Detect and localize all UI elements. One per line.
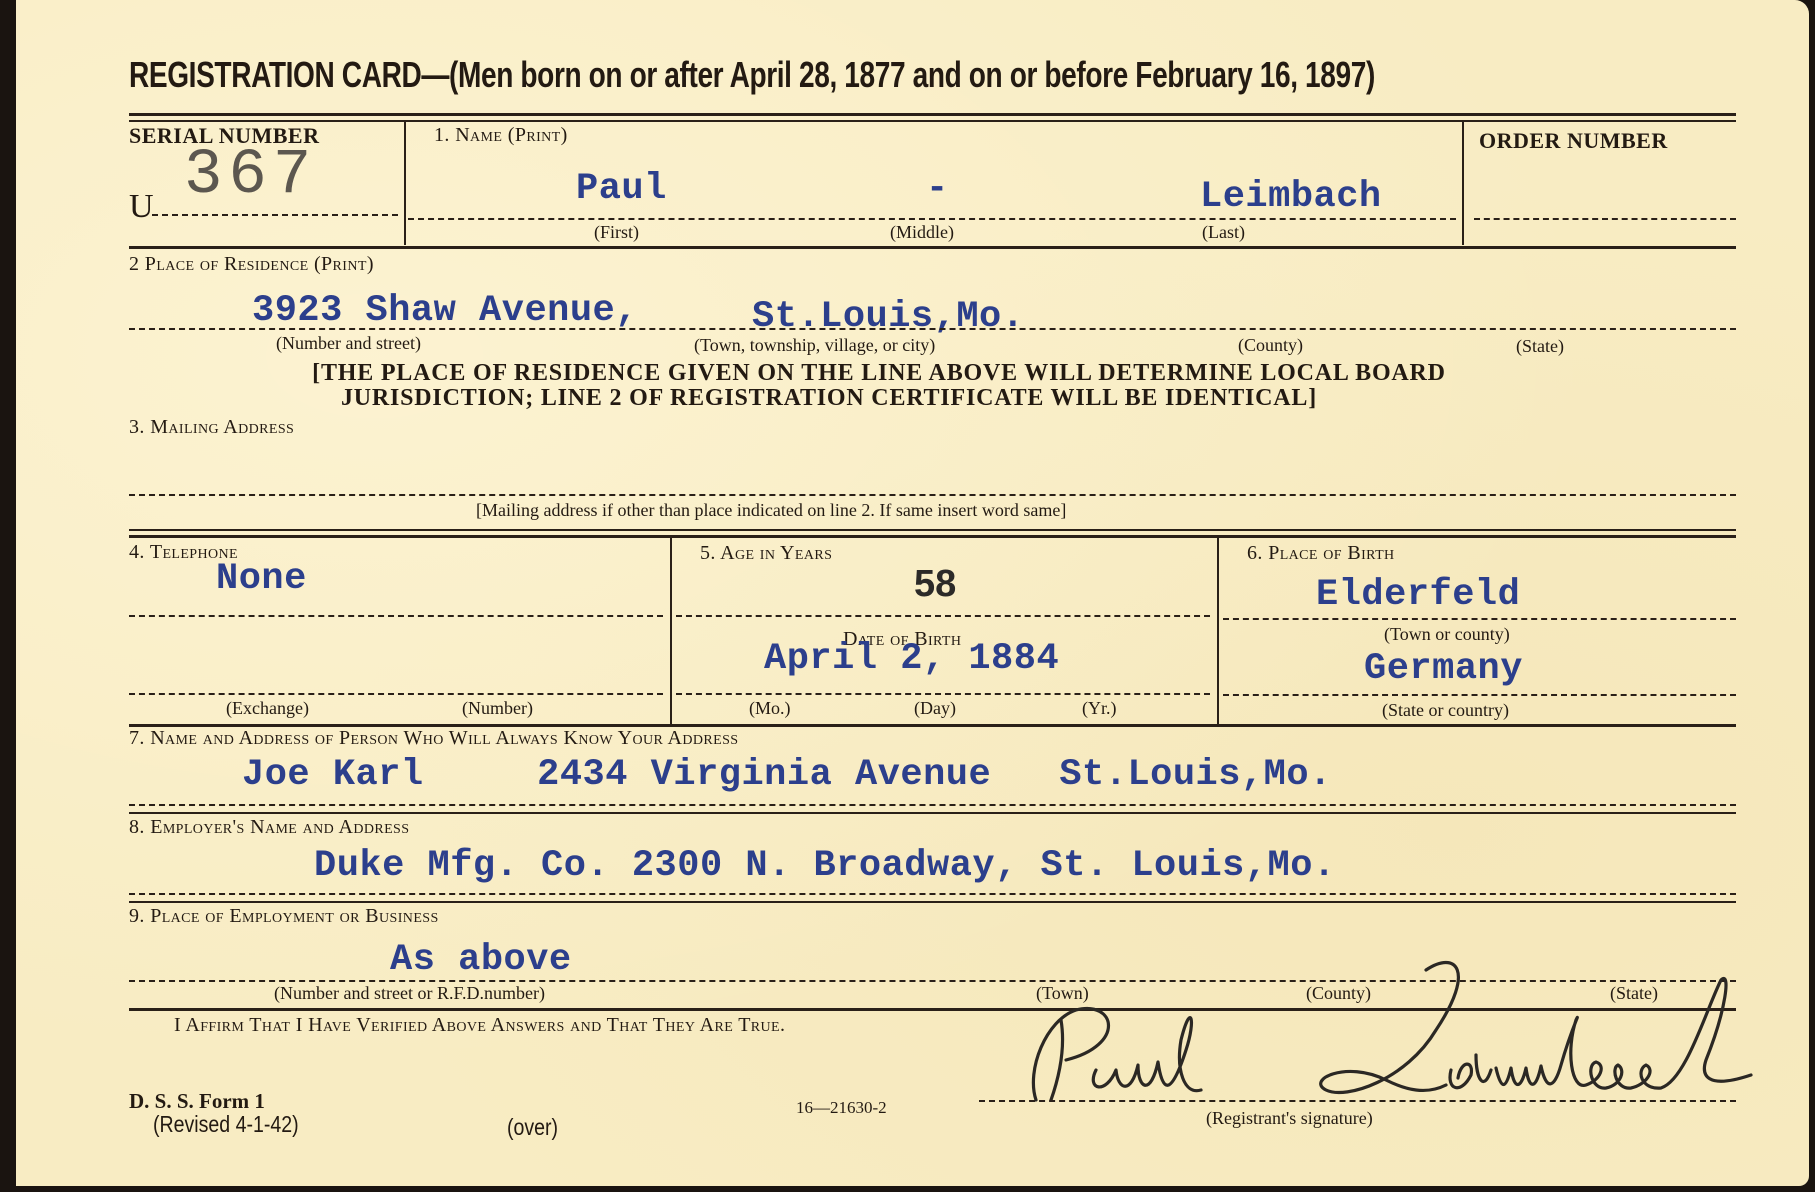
last-caption: (Last) — [1202, 222, 1245, 243]
order-label: ORDER NUMBER — [1479, 128, 1668, 154]
residence-notice-1: [THE PLACE OF RESIDENCE GIVEN ON THE LIN… — [129, 360, 1629, 387]
name-label: 1. Name (Print) — [434, 124, 568, 147]
serial-line — [152, 214, 398, 216]
employment-place-value: As above — [390, 939, 572, 981]
day-caption: (Day) — [914, 698, 956, 719]
birthplace-town-caption: (Town or county) — [1384, 624, 1510, 645]
residence-street: 3923 Shaw Avenue, — [252, 290, 638, 332]
age-label: 5. Age in Years — [700, 542, 832, 565]
dob-value: April 2, 1884 — [764, 638, 1059, 680]
county-caption: (County) — [1238, 335, 1303, 356]
signature-icon — [1006, 950, 1796, 1110]
birthplace-country: Germany — [1364, 648, 1523, 690]
signature-line — [979, 1100, 1736, 1102]
name-line — [408, 218, 1456, 220]
state-caption: (State) — [1516, 336, 1564, 357]
telephone-line — [129, 615, 663, 617]
name-last: Leimbach — [1200, 176, 1382, 218]
row-rule — [129, 246, 1736, 249]
mailing-line — [129, 494, 1736, 496]
top-rule-inner — [129, 120, 1736, 122]
first-caption: (First) — [594, 222, 639, 243]
residence-label: 2 Place of Residence (Print) — [129, 253, 374, 276]
telephone-line-2 — [129, 693, 663, 695]
employer-label: 8. Employer's Name and Address — [129, 816, 409, 839]
order-line — [1474, 218, 1736, 220]
over-label: (over) — [507, 1114, 558, 1141]
yr-caption: (Yr.) — [1082, 698, 1117, 719]
serial-prefix: U — [129, 188, 154, 226]
name-middle: - — [926, 168, 949, 210]
mailing-label: 3. Mailing Address — [129, 416, 294, 439]
serial-number: 367 — [184, 140, 317, 212]
signature-caption: (Registrant's signature) — [1206, 1108, 1373, 1129]
divider — [1462, 121, 1464, 245]
name-first: Paul — [576, 168, 667, 210]
row-rule — [129, 535, 1736, 538]
divider — [404, 121, 406, 245]
birthplace-town-line — [1223, 618, 1736, 620]
birthplace-country-line — [1223, 694, 1736, 696]
employer-value: Duke Mfg. Co. 2300 N. Broadway, St. Loui… — [314, 845, 1336, 887]
number-caption: (Number) — [462, 698, 533, 719]
employer-line — [129, 893, 1736, 895]
age-value: 58 — [914, 563, 956, 606]
residence-town: St.Louis,Mo. — [752, 296, 1024, 338]
employment-place-label: 9. Place of Employment or Business — [129, 905, 439, 928]
mailing-note: [Mailing address if other than place ind… — [476, 500, 1066, 521]
card-title: REGISTRATION CARD—(Men born on or after … — [129, 54, 1375, 96]
age-line — [676, 615, 1210, 617]
middle-caption: (Middle) — [890, 222, 954, 243]
form-revised: (Revised 4-1-42) — [153, 1111, 299, 1138]
row-rule — [129, 901, 1736, 903]
top-rule — [129, 113, 1736, 116]
divider — [1217, 538, 1219, 724]
affirmation: I Affirm That I Have Verified Above Answ… — [174, 1014, 785, 1037]
registration-card: REGISTRATION CARD—(Men born on or after … — [16, 0, 1809, 1186]
contact-value: Joe Karl 2434 Virginia Avenue St.Louis,M… — [242, 754, 1332, 796]
residence-notice-2: JURISDICTION; LINE 2 OF REGISTRATION CER… — [129, 385, 1529, 412]
row-rule — [129, 529, 1736, 531]
birthplace-label: 6. Place of Birth — [1247, 542, 1395, 565]
contact-line — [129, 804, 1736, 806]
exchange-caption: (Exchange) — [226, 698, 309, 719]
row-rule — [129, 812, 1736, 814]
street-caption: (Number and street) — [276, 333, 421, 354]
print-code: 16—21630-2 — [796, 1098, 887, 1118]
dob-line — [676, 693, 1210, 695]
birthplace-town: Elderfeld — [1316, 574, 1520, 616]
town-caption: (Town, township, village, or city) — [694, 335, 935, 356]
contact-label: 7. Name and Address of Person Who Will A… — [129, 727, 738, 750]
residence-line — [129, 328, 1736, 330]
mo-caption: (Mo.) — [749, 698, 791, 719]
divider — [670, 538, 672, 724]
birthplace-country-caption: (State or country) — [1382, 700, 1509, 721]
employment-street-caption: (Number and street or R.F.D.number) — [274, 983, 545, 1004]
telephone-value: None — [216, 558, 307, 600]
